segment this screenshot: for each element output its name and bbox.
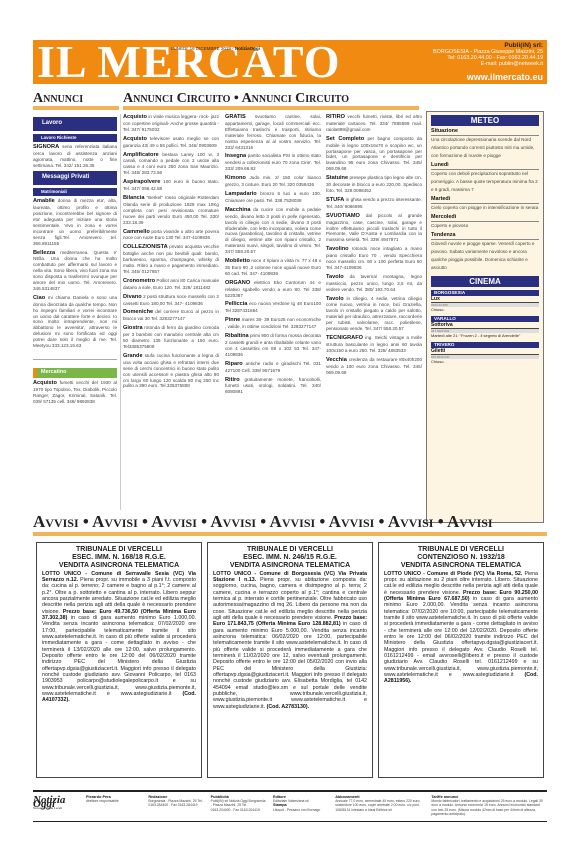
meteo-day-text: Coperto e piovoso: [431, 222, 539, 230]
ad-item: Vecchia credenza da restaurare 80x40h200…: [326, 357, 422, 376]
ad-item: Statuine presepe plastica tipo legno alt…: [326, 175, 422, 194]
ad-item: Cammello porta vivande o altro arte pove…: [123, 229, 219, 242]
ad-signora: SIGNORA seria referenziata italiana cerc…: [33, 144, 117, 169]
ad-item: Ritiro gratuitamente monete, francobolli…: [225, 377, 321, 396]
ad-item: Kimono Judo mis. 2/ 150 color bianco gre…: [225, 175, 321, 188]
notice-body: LOTTO UNICO - Comune di Piode (VC) Via R…: [384, 571, 538, 685]
ad-item: Acquisto televisore usato meglio se con …: [123, 136, 219, 149]
masthead-title: IL MERCATO: [37, 36, 341, 88]
ad-item: Amplificatore bestara Laney 100 w, 3 can…: [123, 152, 219, 177]
ad-item: Riparo antiche radio e giradischi Tel. 0…: [225, 361, 321, 374]
ad-item: STUFA in ghisa vendo a prezzo interessan…: [326, 197, 422, 210]
meteo-day-label: Situazione: [431, 128, 539, 136]
legal-notice: TRIBUNALE DI VERCELLI ESEC. IMM. N. 246/…: [207, 542, 373, 778]
legal-notice: TRIBUNALE DI VERCELLI ESEC. IMM. N. 168/…: [36, 542, 202, 778]
notice-type: VENDITA ASINCRONA TELEMATICA: [42, 562, 196, 570]
ad-item: GRATIS svuotiamo cantine, solai, apparta…: [225, 114, 321, 150]
meteo-day-text: Una circolazione depressionaria scende d…: [431, 136, 539, 160]
column-circuito-1: Acquisto in vinile musica leggera- rock-…: [123, 114, 219, 392]
notice-type: VENDITA ASINCRONA TELEMATICA: [213, 562, 367, 570]
masthead: IL MERCATO LUNEDI' 16 DICEMBRE 2019 - No…: [33, 40, 547, 84]
cinema-name: Sottoriva: [431, 322, 539, 329]
ad-item: Mobiletto noce 4 ripiani a vista m. 77 x…: [225, 258, 321, 277]
notice-case: CONTENZIOSO N. 1932/18: [384, 554, 538, 562]
category-messaggi-privati: Messaggi Privati: [33, 171, 117, 185]
ad-item: Aspirapolvere 100 euro in buono stato. T…: [123, 179, 219, 192]
meteo-day-text: Cielo coperto con piogge in intensificaz…: [431, 204, 539, 212]
ad-item: Domeniche del corriere Euro1 al pezzo in…: [123, 309, 219, 322]
cinema-schedule: Chiuso.: [431, 307, 539, 313]
footer-redazione: RedazioneBorgosesia - Piazza Mazzini, 25…: [145, 792, 207, 821]
meteo-day-label: Martedì: [431, 196, 539, 204]
ad-item: Tavolo in ciliegio, 4 sedie, vetrina cil…: [326, 296, 422, 332]
ad-item: Divano 2 posti struttura noce massello c…: [123, 294, 219, 307]
category-lavoro: Lavoro: [33, 117, 117, 131]
category-mercatino: Mercatino: [33, 368, 117, 378]
ad-item: Lampadario bronzo 6 luci a euro 100. Chi…: [225, 191, 321, 204]
ad-item: Grande stufa cucina funzionante a legna …: [123, 353, 219, 389]
meteo-title: METEO: [431, 115, 539, 126]
meteo-day-text: Giovedì nuvole e piogge sparse. Venerdì …: [431, 240, 539, 272]
ad-item: SVUOTIAMO dal piccolo al grande magazzin…: [326, 213, 422, 244]
ad-item: Giostra rotonda di ferro da giardino com…: [123, 325, 219, 350]
website-link[interactable]: www.ilmercato.eu: [467, 72, 543, 82]
ad-item: Bilancia "Berkel" rosso originale Rotter…: [123, 195, 219, 226]
column-divider: [120, 114, 121, 510]
meteo-panel: METEO Situazione Una circolazione depres…: [426, 111, 544, 523]
notice-title: TRIBUNALE DI VERCELLI: [213, 546, 367, 554]
ad-item: Cronometro Polliot anni 80 Carica manual…: [123, 278, 219, 291]
subcategory-lavoro-richieste: Lavoro Richieste: [33, 134, 117, 142]
publisher-info: Publi(iN) srl: BORGOSESIA - Piazza Giuse…: [433, 43, 543, 67]
meteo-day-label: Lunedì: [431, 162, 539, 170]
ad-item: COLLEZIONISTA privato acquista vecchie b…: [123, 244, 219, 275]
footer-director: Pierardo Peradirettore responsabile: [83, 792, 145, 821]
subcategory-matrimoniali: Matrimoniali: [33, 188, 117, 196]
meteo-day-label: Tendenza: [431, 232, 539, 240]
column-circuito-3: RITIRO vecchi fumetti, riviste, libri ed…: [326, 114, 422, 378]
newspaper-page: IL MERCATO LUNEDI' 16 DICEMBRE 2019 - No…: [33, 0, 547, 842]
notice-type: VENDITA ASINCRONA TELEMATICA: [384, 562, 538, 570]
ad-item: Pinne mares 38- 39 Euro25 non economiche…: [225, 317, 321, 330]
notice-case: ESEC. IMM. N. 246/15 R.G.E.: [213, 554, 367, 562]
ad-item: Insegna partito socialista PSI in ottimo…: [225, 153, 321, 172]
ad-ciao: Ciao mi chiamo Daniela e sono una donna …: [33, 295, 117, 349]
footer-editore: EditoreEditoriale Valsesiana srlStampaLi…: [270, 792, 332, 821]
ad-item: Set Completo per bagno composto da mobil…: [326, 136, 422, 172]
notice-case: ESEC. IMM. N. 168/18 R.G.E.: [42, 554, 196, 562]
ad-bellezza: Bellezza mediterranea. Questa e' NElla. …: [33, 250, 117, 292]
divider: [33, 359, 117, 360]
brand-name: NotiziaOggi: [235, 46, 260, 51]
column-circuito-2: GRATIS svuotiamo cantine, solai, apparta…: [225, 114, 321, 398]
section-annunci: Annunci: [33, 92, 119, 110]
ad-item: Ribaltina primi 900 di forma mossa decor…: [225, 333, 321, 358]
cinema-name: Lux: [431, 296, 539, 303]
publisher-email[interactable]: E-mail: publin@netweek.it: [433, 61, 543, 67]
footer-abbonamenti: AbbonamentiAnnuale 77,0 euro, semestrale…: [332, 792, 428, 821]
ad-item: RITIRO vecchi fumetti, riviste, libri ed…: [326, 114, 422, 133]
ad-amabile: Amabile donna di mezza eta', alta, laure…: [33, 198, 117, 246]
ad-acquisto-fumetti: Acquisto fumetti vecchi del 1930 al 1970…: [33, 380, 117, 405]
section-avvisi: Avvisi • Avvisi • Avvisi • Avvisi • Avvi…: [33, 512, 547, 536]
section-circuito: Annunci Circuito • Annunci Circuito: [123, 92, 419, 110]
notice-body: LOTTO UNICO - Comune di Serravalle Sesia…: [42, 571, 196, 704]
footer-pubblicita: PubblicitàPubli(iN) srl Notizia Oggi Bor…: [208, 792, 270, 821]
ad-item: Tavolo da taverna/ montagna, legno massi…: [326, 274, 422, 293]
ad-item: Acquisto in vinile musica leggera- rock-…: [123, 114, 219, 133]
ad-item: TECNIGRAFO ing. Seichi vintage a molle s…: [326, 335, 422, 354]
cinema-schedule: Chiuso.: [431, 359, 539, 365]
date-line: LUNEDI' 16 DICEMBRE 2019 -: [171, 46, 234, 51]
footer: Notizia OggiNetweek-Media Locali Pierard…: [33, 790, 547, 822]
notice-title: TRIBUNALE DI VERCELLI: [384, 546, 538, 554]
cinema-name: Giletti: [431, 348, 539, 355]
masthead-date: LUNEDI' 16 DICEMBRE 2019 - NotiziaOggi: [171, 46, 260, 51]
notice-title: TRIBUNALE DI VERCELLI: [42, 546, 196, 554]
meteo-day-label: Mercoledì: [431, 214, 539, 222]
footer-tariffe: Tariffe annunciMondo fabbricatori, tratt…: [428, 792, 547, 821]
ad-item: Tavolino rotondo noce intagliato a mano …: [326, 246, 422, 271]
column-annunci: Lavoro Lavoro Richieste SIGNORA seria re…: [33, 114, 117, 408]
meteo-day-text: Coperto con deboli precipitazioni soprat…: [431, 170, 539, 194]
notice-body: LOTTO UNICO - Comune di Borgosesia (VC) …: [213, 571, 367, 711]
ad-item: Pelliccia eco nuova Verdone tg 48 Euro10…: [225, 301, 321, 314]
cinema-schedule: Martedì alle 21: "Frozen 2 - Il segreto …: [431, 333, 539, 339]
footer-logo: Notizia OggiNetweek-Media Locali: [33, 792, 83, 821]
legal-notice: TRIBUNALE DI VERCELLI CONTENZIOSO N. 193…: [378, 542, 544, 778]
ad-item: Macchina da cucire con mobile a pedale v…: [225, 207, 321, 255]
cinema-title: CINEMA: [431, 276, 539, 287]
ad-item: ORGANO elettrico Eko Cantorum 44 e relat…: [225, 280, 321, 299]
